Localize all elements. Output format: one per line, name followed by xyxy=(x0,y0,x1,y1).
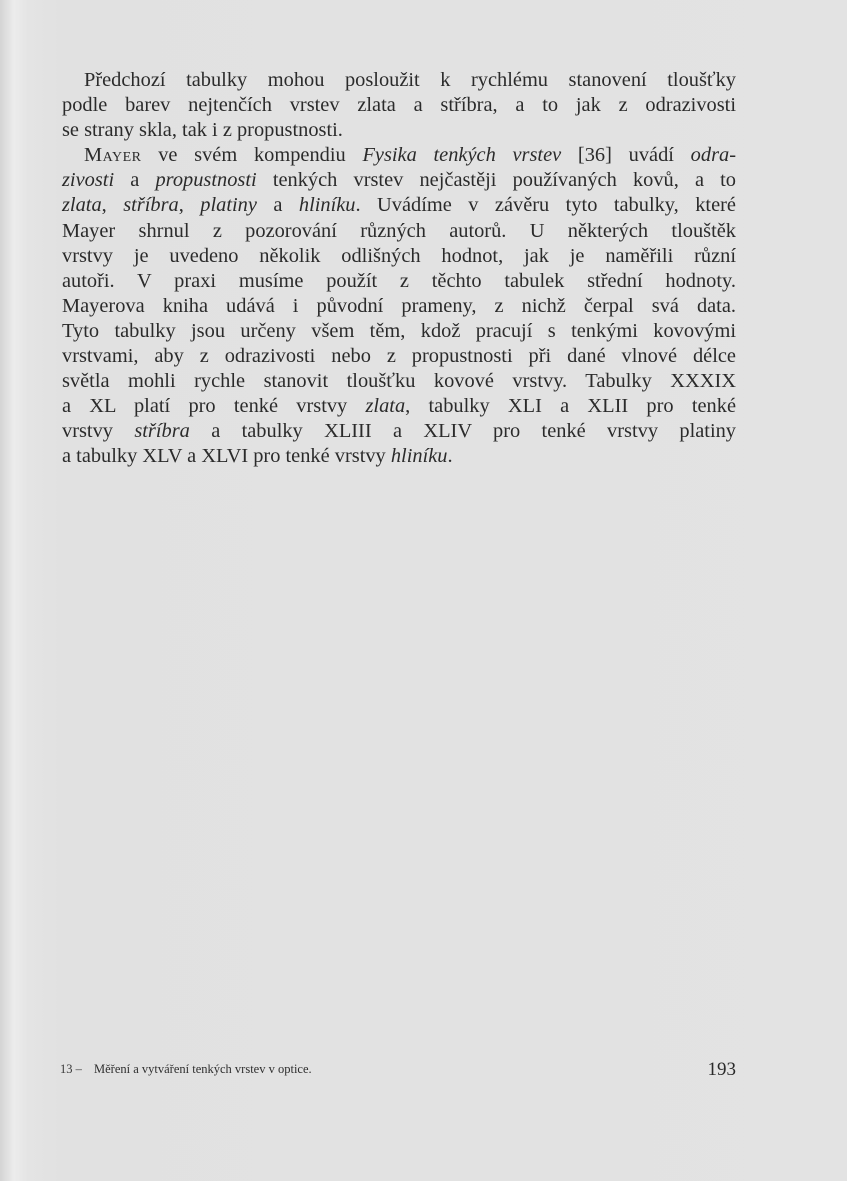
body-text: Předchozí tabulky mohou posloužit k rych… xyxy=(62,68,736,470)
signature-mark: 13 – xyxy=(60,1062,82,1077)
text-span: a xyxy=(114,169,155,191)
text-span: vrstvy xyxy=(62,420,134,442)
paragraph-2: Mayer ve svém kompendiu Fysika tenkých v… xyxy=(62,143,736,469)
text-span: . xyxy=(448,445,453,467)
text-line: vrstvy je uvedeno několik odlišných hodn… xyxy=(62,244,736,269)
text-span: tenkých vrstev nejčastěji používaných ko… xyxy=(257,169,736,191)
text-span: a XL platí pro tenké vrstvy xyxy=(62,395,366,417)
italic-term: zlata xyxy=(366,395,406,417)
text-span: a tabulky XLV a XLVI pro tenké vrstvy xyxy=(62,445,391,467)
text-line: podle barev nejtenčích vrstev zlata a st… xyxy=(62,93,736,118)
text-span: . Uvádíme v závěru tyto tabulky, které xyxy=(356,194,736,216)
text-span: [36] uvádí xyxy=(561,144,690,166)
text-span: a tabulky XLIII a XLIV pro tenké vrstvy … xyxy=(190,420,736,442)
book-title-footer: Měření a vytváření tenkých vrstev v opti… xyxy=(94,1062,312,1077)
text-span: , xyxy=(179,194,201,216)
italic-term: hliníku xyxy=(391,445,448,467)
text-line: autoři. V praxi musíme použít z těchto t… xyxy=(62,269,736,294)
text-line: světla mohli rychle stanovit tloušťku ko… xyxy=(62,369,736,394)
text-line: Předchozí tabulky mohou posloužit k rych… xyxy=(62,68,736,93)
italic-term: zivosti xyxy=(62,169,114,191)
book-title: Fysika tenkých vrstev xyxy=(362,144,561,166)
text-line: a tabulky XLV a XLVI pro tenké vrstvy hl… xyxy=(62,444,736,469)
italic-term: platiny xyxy=(200,194,257,216)
text-line: se strany skla, tak i z propustnosti. xyxy=(62,118,736,143)
italic-term: propustnosti xyxy=(155,169,256,191)
text-span: a xyxy=(257,194,299,216)
text-line: vrstvami, aby z odrazivosti nebo z propu… xyxy=(62,344,736,369)
text-line: zlata, stříbra, platiny a hliníku. Uvádí… xyxy=(62,193,736,218)
text-span: , xyxy=(102,194,124,216)
text-line: Mayer ve svém kompendiu Fysika tenkých v… xyxy=(62,143,736,168)
italic-term: stříbra xyxy=(134,420,190,442)
text-line: Tyto tabulky jsou určeny všem těm, kdož … xyxy=(62,319,736,344)
italic-term: stříbra xyxy=(123,194,179,216)
author-name: Mayer xyxy=(84,144,141,166)
text-span: , tabulky XLI a XLII pro tenké xyxy=(405,395,736,417)
page-footer: 13 – Měření a vytváření tenkých vrstev v… xyxy=(60,1059,736,1081)
italic-term: odra- xyxy=(691,144,736,166)
text-line: a XL platí pro tenké vrstvy zlata, tabul… xyxy=(62,394,736,419)
text-line: Mayerova kniha udává i původní prameny, … xyxy=(62,294,736,319)
text-span: ve svém kompendiu xyxy=(141,144,362,166)
text-line: zivosti a propustnosti tenkých vrstev ne… xyxy=(62,168,736,193)
text-line: vrstvy stříbra a tabulky XLIII a XLIV pr… xyxy=(62,419,736,444)
text-line: Mayer shrnul z pozorování různých autorů… xyxy=(62,219,736,244)
italic-term: zlata xyxy=(62,194,102,216)
paragraph-1: Předchozí tabulky mohou posloužit k rych… xyxy=(62,68,736,143)
page-number: 193 xyxy=(708,1059,737,1081)
italic-term: hliníku xyxy=(299,194,356,216)
scanned-page: Předchozí tabulky mohou posloužit k rych… xyxy=(0,0,847,1181)
